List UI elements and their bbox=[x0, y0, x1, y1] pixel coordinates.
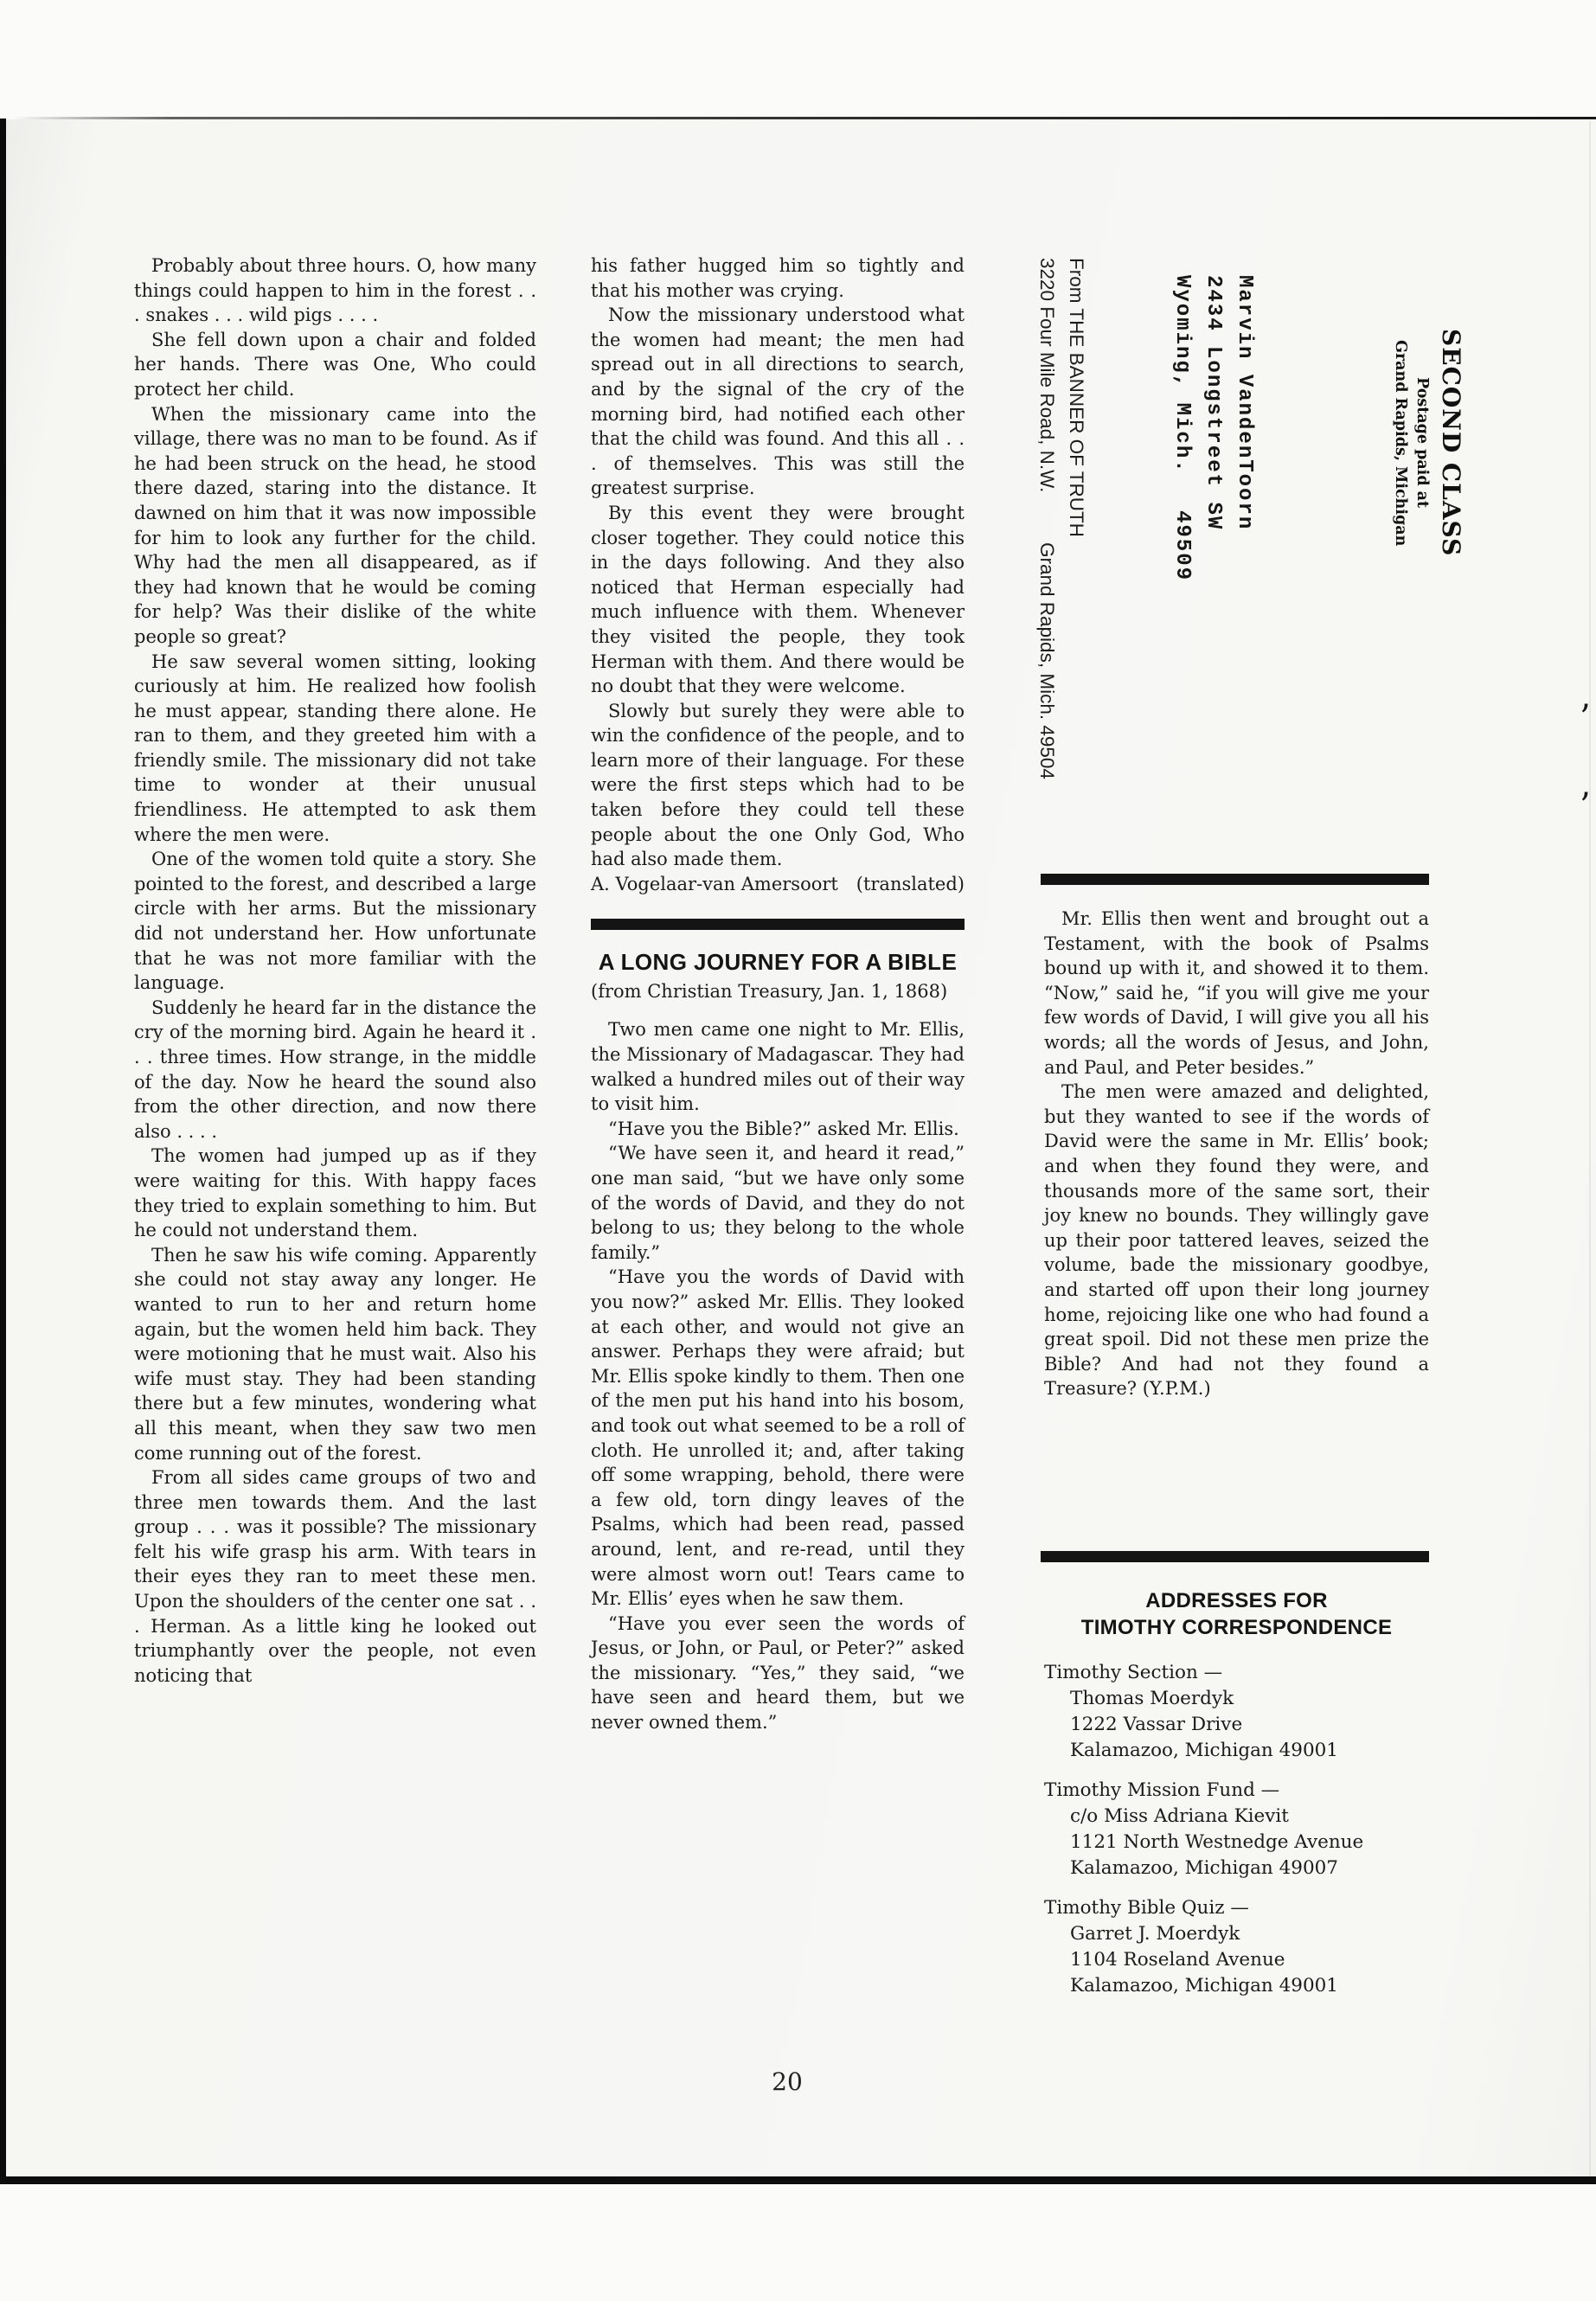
story-column-middle: his father hugged him so tightly and tha… bbox=[591, 253, 965, 1735]
article-byline: A. Vogelaar-van Amersoort (translated) bbox=[591, 872, 965, 897]
paragraph: The women had jumped up as if they were … bbox=[134, 1144, 536, 1242]
scan-edge-line-right bbox=[1589, 121, 1591, 2176]
address-line: 1222 Vassar Drive bbox=[1044, 1712, 1429, 1738]
recipient-street: 2434 Longstreet SW bbox=[1197, 275, 1228, 777]
story-column-right: Mr. Ellis then went and brought out a Te… bbox=[1044, 907, 1429, 1401]
article-title: A LONG JOURNEY FOR A BIBLE bbox=[591, 949, 965, 976]
paragraph: The men were amazed and delighted, but t… bbox=[1044, 1080, 1429, 1401]
addresses-section: ADDRESSES FOR TIMOTHY CORRESPONDENCE Tim… bbox=[1044, 1587, 1429, 1999]
paragraph: Now the missionary understood what the w… bbox=[591, 303, 965, 501]
recipient-city-text: Wyoming, Mich. bbox=[1170, 275, 1194, 474]
paragraph: Probably about three hours. O, how many … bbox=[134, 253, 536, 328]
paragraph: When the missionary came into the villag… bbox=[134, 402, 536, 650]
paragraph: Suddenly he heard far in the distance th… bbox=[134, 996, 536, 1144]
scan-edge-strip-left bbox=[0, 119, 6, 2181]
return-address-line: From THE BANNER OF TRUTH bbox=[1061, 258, 1091, 855]
section-divider-bar bbox=[1041, 1551, 1429, 1562]
paragraph: He saw several women sitting, looking cu… bbox=[134, 650, 536, 848]
story-column-left: Probably about three hours. O, how many … bbox=[134, 253, 536, 1688]
page-number: 20 bbox=[753, 2067, 822, 2096]
recipient-name: Marvin VandenToorn bbox=[1228, 275, 1259, 777]
paragraph: By this event they were brought closer t… bbox=[591, 501, 965, 699]
paragraph: From all sides came groups of two and th… bbox=[134, 1465, 536, 1688]
addresses-title-line1: ADDRESSES FOR bbox=[1044, 1587, 1429, 1614]
section-divider-bar bbox=[1041, 874, 1429, 885]
address-line: Kalamazoo, Michigan 49001 bbox=[1044, 1973, 1429, 1999]
address-group-label: Timothy Bible Quiz — bbox=[1044, 1895, 1429, 1921]
return-address-line: 3220 Four Mile Road, N.W.Grand Rapids, M… bbox=[1032, 258, 1061, 855]
addresses-title-line2: TIMOTHY CORRESPONDENCE bbox=[1044, 1614, 1429, 1641]
postage-class: SECOND CLASS bbox=[1433, 313, 1469, 573]
postage-paid-at: Postage paid at bbox=[1411, 313, 1433, 573]
address-line: c/o Miss Adriana Kievit bbox=[1044, 1804, 1429, 1830]
section-divider-bar bbox=[591, 919, 965, 930]
return-address: From THE BANNER OF TRUTH 3220 Four Mile … bbox=[1032, 258, 1091, 855]
paragraph: his father hugged him so tightly and tha… bbox=[591, 253, 965, 303]
return-address-street: 3220 Four Mile Road, N.W. bbox=[1036, 258, 1058, 492]
address-line: Garret J. Moerdyk bbox=[1044, 1921, 1429, 1947]
address-line: 1121 North Westnedge Avenue bbox=[1044, 1830, 1429, 1856]
return-address-city: Grand Rapids, Mich. 49504 bbox=[1036, 542, 1058, 779]
scan-artifact-mark: ’ bbox=[1580, 701, 1591, 735]
address-group: Timothy Mission Fund — c/o Miss Adriana … bbox=[1044, 1778, 1429, 1881]
scan-edge-line-top bbox=[13, 117, 1596, 119]
article-subtitle: (from Christian Treasury, Jan. 1, 1868) bbox=[591, 979, 965, 1003]
address-line: Thomas Moerdyk bbox=[1044, 1686, 1429, 1712]
scan-edge-line-bottom bbox=[0, 2176, 1596, 2184]
scan-artifact-mark: ’ bbox=[1580, 789, 1591, 824]
byline-note: (translated) bbox=[856, 872, 965, 897]
recipient-zip: 49509 bbox=[1170, 510, 1194, 581]
paragraph: Then he saw his wife coming. Apparently … bbox=[134, 1243, 536, 1465]
address-line: 1104 Roseland Avenue bbox=[1044, 1947, 1429, 1973]
paragraph: “Have you ever seen the words of Jesus, … bbox=[591, 1612, 965, 1735]
paragraph: She fell down upon a chair and folded he… bbox=[134, 328, 536, 402]
postage-city: Grand Rapids, Michigan bbox=[1389, 313, 1411, 573]
paragraph: Two men came one night to Mr. Ellis, the… bbox=[591, 1017, 965, 1116]
paragraph: Slowly but surely they were able to win … bbox=[591, 699, 965, 872]
recipient-address: Marvin VandenToorn 2434 Longstreet SW Wy… bbox=[1166, 275, 1259, 777]
address-group: Timothy Section — Thomas Moerdyk 1222 Va… bbox=[1044, 1660, 1429, 1764]
return-address-sender: From THE BANNER OF TRUTH bbox=[1066, 258, 1087, 537]
paragraph: “Have you the words of David with you no… bbox=[591, 1265, 965, 1611]
paragraph: “We have seen it, and heard it read,” on… bbox=[591, 1141, 965, 1265]
address-line: Kalamazoo, Michigan 49001 bbox=[1044, 1738, 1429, 1764]
byline-author: A. Vogelaar-van Amersoort bbox=[591, 872, 838, 897]
paragraph: “Have you the Bible?” asked Mr. Ellis. bbox=[591, 1117, 965, 1142]
postage-indicia: SECOND CLASS Postage paid at Grand Rapid… bbox=[1389, 313, 1469, 573]
address-group-label: Timothy Mission Fund — bbox=[1044, 1778, 1429, 1804]
paragraph: Mr. Ellis then went and brought out a Te… bbox=[1044, 907, 1429, 1080]
address-line: Kalamazoo, Michigan 49007 bbox=[1044, 1856, 1429, 1881]
address-group-label: Timothy Section — bbox=[1044, 1660, 1429, 1686]
recipient-city: Wyoming, Mich.49509 bbox=[1166, 275, 1197, 777]
address-group: Timothy Bible Quiz — Garret J. Moerdyk 1… bbox=[1044, 1895, 1429, 1999]
paragraph: One of the women told quite a story. She… bbox=[134, 847, 536, 996]
